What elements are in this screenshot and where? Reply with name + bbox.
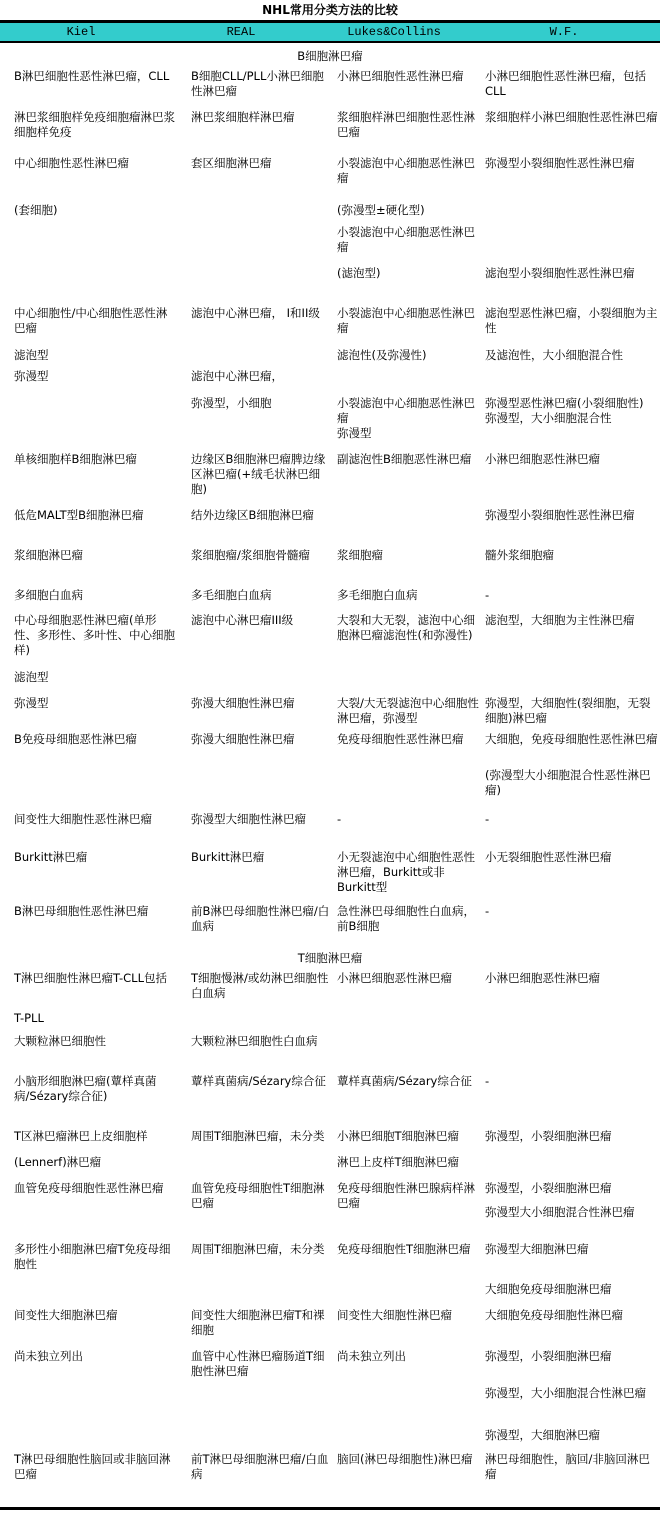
table-cell: 淋巴上皮样T细胞淋巴瘤 — [335, 1155, 483, 1181]
table-row: 滤泡型 — [0, 670, 660, 696]
table-cell: 血管免疫母细胞性T细胞淋巴瘤 — [177, 1181, 335, 1205]
table-cell — [0, 266, 177, 306]
table-cell: 及滤泡性，大小细胞混合性 — [483, 348, 660, 369]
table-cell: 弥漫型，大小细胞混合性淋巴瘤 — [483, 1386, 660, 1428]
table-row: 弥漫型，小细胞小裂滤泡中心细胞恶性淋巴瘤 弥漫型弥漫型恶性淋巴瘤(小裂细胞性) … — [0, 396, 660, 452]
table-cell: 弥漫型，小裂细胞淋巴瘤 — [483, 1181, 660, 1205]
table-cell — [0, 225, 177, 266]
table-cell: 小裂滤泡中心细胞恶性淋巴瘤 — [335, 156, 483, 203]
table-cell: 尚未独立列出 — [0, 1349, 177, 1386]
table-row: 中心母细胞恶性淋巴瘤(单形性、多形性、多叶性、中心细胞样)滤泡中心淋巴瘤III级… — [0, 613, 660, 670]
table-row: T-PLL — [0, 1011, 660, 1034]
table-row: B淋巴细胞性恶性淋巴瘤，CLLB细胞CLL/PLL小淋巴细胞性淋巴瘤小淋巴细胞性… — [0, 69, 660, 110]
table-cell: 急性淋巴母细胞性白血病，前B细胞 — [335, 904, 483, 945]
table-cell — [177, 348, 335, 369]
table-row: 尚未独立列出血管中心性淋巴瘤肠道T细胞性淋巴瘤尚未独立列出弥漫型，小裂细胞淋巴瘤 — [0, 1349, 660, 1386]
table-cell: 小淋巴细胞性恶性淋巴瘤，包括CLL — [483, 69, 660, 110]
table-cell: 免疫母细胞性T细胞淋巴瘤 — [335, 1242, 483, 1282]
table-cell — [177, 225, 335, 266]
table-cell: 弥漫型 — [0, 369, 177, 396]
table-cell — [0, 396, 177, 452]
table-row: 中心细胞性恶性淋巴瘤套区细胞淋巴瘤小裂滤泡中心细胞恶性淋巴瘤弥漫型小裂细胞性恶性… — [0, 156, 660, 203]
table-cell: 大颗粒淋巴细胞性白血病 — [177, 1034, 335, 1074]
table-cell: 血管免疫母细胞性恶性淋巴瘤 — [0, 1181, 177, 1205]
table-cell: 小无裂滤泡中心细胞性恶性淋巴瘤，Burkitt或非Burkitt型 — [335, 850, 483, 904]
table-cell: 弥漫型 — [0, 696, 177, 732]
table-row: 中心细胞性/中心细胞性恶性淋巴瘤滤泡中心淋巴瘤， I和II级小裂滤泡中心细胞恶性… — [0, 306, 660, 348]
table-cell — [335, 508, 483, 548]
table-cell — [177, 1011, 335, 1034]
table-row: 多细胞白血病多毛细胞白血病多毛细胞白血病- — [0, 588, 660, 613]
classification-table: Kiel REAL Lukes&Collins W.F. B细胞淋巴瘤B淋巴细胞… — [0, 20, 660, 1490]
table-cell: B细胞CLL/PLL小淋巴细胞性淋巴瘤 — [177, 69, 335, 110]
table-cell: 滤泡型 — [0, 348, 177, 369]
table-cell: 间变性大细胞淋巴瘤 — [0, 1308, 177, 1349]
table-cell: 大细胞，免疫母细胞性恶性淋巴瘤 — [483, 732, 660, 768]
table-cell — [177, 1155, 335, 1181]
table-cell — [0, 1205, 177, 1242]
table-cell: Burkitt淋巴瘤 — [0, 850, 177, 904]
table-cell — [335, 1428, 483, 1452]
table-cell: 大颗粒淋巴细胞性 — [0, 1034, 177, 1074]
table-cell: 髓外浆细胞瘤 — [483, 548, 660, 588]
table-cell: 滤泡型小裂细胞性恶性淋巴瘤 — [483, 266, 660, 306]
table-cell: (滤泡型) — [335, 266, 483, 306]
table-cell: 弥漫型，大细胞性(裂细胞，无裂细胞)淋巴瘤 — [483, 696, 660, 732]
table-row: 弥漫型，大细胞淋巴瘤 — [0, 1428, 660, 1452]
table-cell: 小淋巴细胞恶性淋巴瘤 — [483, 971, 660, 1011]
table-cell: 低危MALT型B细胞淋巴瘤 — [0, 508, 177, 548]
table-row: 血管免疫母细胞性恶性淋巴瘤血管免疫母细胞性T细胞淋巴瘤免疫母细胞性淋巴腺病样淋巴… — [0, 1181, 660, 1205]
table-cell: 淋巴浆细胞样免疫细胞瘤淋巴浆细胞样免疫 — [0, 110, 177, 156]
table-cell: 小无裂细胞性恶性淋巴瘤 — [483, 850, 660, 904]
table-cell: 弥漫型恶性淋巴瘤(小裂细胞性) 弥漫型，大小细胞混合性 — [483, 396, 660, 452]
table-cell — [177, 1386, 335, 1428]
section-heading: B细胞淋巴瘤 — [0, 43, 660, 69]
table-cell: T淋巴细胞性淋巴瘤T-CLL包括 — [0, 971, 177, 1011]
table-cell: 蕈样真菌病/Sézary综合征 — [177, 1074, 335, 1129]
table-row: (弥漫型大小细胞混合性恶性淋巴瘤) — [0, 768, 660, 812]
table-cell — [483, 670, 660, 696]
table-cell: 小裂滤泡中心细胞恶性淋巴瘤 — [335, 225, 483, 266]
table-cell: 多细胞白血病 — [0, 588, 177, 613]
table-cell: 滤泡型恶性淋巴瘤，小裂细胞为主性 — [483, 306, 660, 348]
table-cell: 大裂和大无裂，滤泡中心细胞淋巴瘤滤泡性(和弥漫性) — [335, 613, 483, 670]
table-cell — [483, 1034, 660, 1074]
table-row: 小裂滤泡中心细胞恶性淋巴瘤 — [0, 225, 660, 266]
table-cell: 弥漫型，小裂细胞淋巴瘤 — [483, 1129, 660, 1155]
table-row: 低危MALT型B细胞淋巴瘤结外边缘区B细胞淋巴瘤弥漫型小裂细胞性恶性淋巴瘤 — [0, 508, 660, 548]
table-cell: 滤泡型 — [0, 670, 177, 696]
table-row: 弥漫型滤泡中心淋巴瘤， — [0, 369, 660, 396]
table-cell: B淋巴细胞性恶性淋巴瘤，CLL — [0, 69, 177, 110]
table-cell: 浆细胞瘤/浆细胞骨髓瘤 — [177, 548, 335, 588]
table-cell: Burkitt淋巴瘤 — [177, 850, 335, 904]
table-cell: 中心细胞性/中心细胞性恶性淋巴瘤 — [0, 306, 177, 348]
table-row: T淋巴细胞性淋巴瘤T-CLL包括T细胞慢淋/或幼淋巴细胞性白血病小淋巴细胞恶性淋… — [0, 971, 660, 1011]
section-heading: T细胞淋巴瘤 — [0, 945, 660, 971]
table-row: 淋巴浆细胞样免疫细胞瘤淋巴浆细胞样免疫淋巴浆细胞样淋巴瘤浆细胞样淋巴细胞性恶性淋… — [0, 110, 660, 156]
table-cell: 小脑形细胞淋巴瘤(蕈样真菌病/Sézary综合征) — [0, 1074, 177, 1129]
table-cell: 多形性小细胞淋巴瘤T免疫母细胞性 — [0, 1242, 177, 1282]
table-cell — [0, 768, 177, 812]
table-cell: 浆细胞瘤 — [335, 548, 483, 588]
table-cell: 中心细胞性恶性淋巴瘤 — [0, 156, 177, 203]
table-row: Burkitt淋巴瘤Burkitt淋巴瘤小无裂滤泡中心细胞性恶性淋巴瘤，Burk… — [0, 850, 660, 904]
table-cell: 滤泡性(及弥漫性) — [335, 348, 483, 369]
table-cell — [0, 1386, 177, 1428]
column-header-wf: W.F. — [468, 23, 660, 41]
table-cell: 单核细胞样B细胞淋巴瘤 — [0, 452, 177, 508]
table-cell: - — [483, 812, 660, 850]
table-cell: 滤泡中心淋巴瘤， I和II级 — [177, 306, 335, 348]
table-row: B免疫母细胞恶性淋巴瘤弥漫大细胞性淋巴瘤免疫母细胞性恶性淋巴瘤大细胞，免疫母细胞… — [0, 732, 660, 768]
table-cell: T-PLL — [0, 1011, 177, 1034]
table-row: T淋巴母细胞性脑回或非脑回淋巴瘤前T淋巴母细胞淋巴瘤/白血病脑回(淋巴母细胞性)… — [0, 1452, 660, 1490]
table-cell: 滤泡中心淋巴瘤III级 — [177, 613, 335, 670]
table-cell — [177, 1282, 335, 1308]
table-row: B淋巴母细胞性恶性淋巴瘤前B淋巴母细胞性淋巴瘤/白血病急性淋巴母细胞性白血病，前… — [0, 904, 660, 945]
table-cell: 小淋巴细胞恶性淋巴瘤 — [335, 971, 483, 1011]
table-cell — [177, 1428, 335, 1452]
table-row: T区淋巴瘤淋巴上皮细胞样周围T细胞淋巴瘤，未分类小淋巴细胞T细胞淋巴瘤弥漫型，小… — [0, 1129, 660, 1155]
table-row: 大颗粒淋巴细胞性大颗粒淋巴细胞性白血病 — [0, 1034, 660, 1074]
table-cell: (弥漫型±硬化型) — [335, 203, 483, 225]
table-row: 间变性大细胞性恶性淋巴瘤弥漫型大细胞性淋巴瘤-- — [0, 812, 660, 850]
table-row: (滤泡型)滤泡型小裂细胞性恶性淋巴瘤 — [0, 266, 660, 306]
table-cell: 弥漫型大小细胞混合性淋巴瘤 — [483, 1205, 660, 1242]
table-cell: 弥漫型大细胞淋巴瘤 — [483, 1242, 660, 1282]
table-row: 弥漫型大小细胞混合性淋巴瘤 — [0, 1205, 660, 1242]
table-cell: 浆细胞样淋巴细胞性恶性淋巴瘤 — [335, 110, 483, 156]
table-cell — [335, 1386, 483, 1428]
table-cell — [335, 369, 483, 396]
table-cell — [177, 203, 335, 225]
table-cell: 副滤泡性B细胞恶性淋巴瘤 — [335, 452, 483, 508]
table-cell: 周围T细胞淋巴瘤，未分类 — [177, 1242, 335, 1282]
table-cell: 弥漫型，大细胞淋巴瘤 — [483, 1428, 660, 1452]
table-cell: 滤泡型，大细胞为主性淋巴瘤 — [483, 613, 660, 670]
table-cell: 免疫母细胞性淋巴腺病样淋巴瘤 — [335, 1181, 483, 1205]
bottom-rule — [0, 1507, 660, 1510]
table-cell: 多毛细胞白血病 — [177, 588, 335, 613]
table-cell: 前T淋巴母细胞淋巴瘤/白血病 — [177, 1452, 335, 1490]
table-cell: 脑回(淋巴母细胞性)淋巴瘤 — [335, 1452, 483, 1490]
table-cell: - — [483, 1074, 660, 1129]
table-cell — [0, 1282, 177, 1308]
table-cell: 大细胞免疫母细胞性淋巴瘤 — [483, 1308, 660, 1349]
table-row: 多形性小细胞淋巴瘤T免疫母细胞性周围T细胞淋巴瘤，未分类免疫母细胞性T细胞淋巴瘤… — [0, 1242, 660, 1282]
table-cell: 尚未独立列出 — [335, 1349, 483, 1386]
table-cell: 浆细胞样小淋巴细胞性恶性淋巴瘤 — [483, 110, 660, 156]
table-row: 大细胞免疫母细胞淋巴瘤 — [0, 1282, 660, 1308]
table-row: 小脑形细胞淋巴瘤(蕈样真菌病/Sézary综合征)蕈样真菌病/Sézary综合征… — [0, 1074, 660, 1129]
table-cell — [483, 369, 660, 396]
table-cell: B免疫母细胞恶性淋巴瘤 — [0, 732, 177, 768]
column-header-lukes-collins: Lukes&Collins — [320, 23, 468, 41]
table-cell — [335, 1011, 483, 1034]
table-cell: 滤泡中心淋巴瘤， — [177, 369, 335, 396]
table-header: Kiel REAL Lukes&Collins W.F. — [0, 20, 660, 43]
table-cell — [335, 670, 483, 696]
table-cell: (弥漫型大小细胞混合性恶性淋巴瘤) — [483, 768, 660, 812]
table-cell: 淋巴母细胞性，脑回/非脑回淋巴瘤 — [483, 1452, 660, 1490]
table-cell: 弥漫型，小裂细胞淋巴瘤 — [483, 1349, 660, 1386]
table-cell: - — [335, 812, 483, 850]
table-cell: 弥漫型小裂细胞性恶性淋巴瘤 — [483, 156, 660, 203]
table-cell — [335, 1282, 483, 1308]
table-cell — [483, 203, 660, 225]
table-cell: 蕈样真菌病/Sézary综合征 — [335, 1074, 483, 1129]
table-row: 弥漫型，大小细胞混合性淋巴瘤 — [0, 1386, 660, 1428]
table-cell: 小裂滤泡中心细胞恶性淋巴瘤 弥漫型 — [335, 396, 483, 452]
table-cell: 弥漫大细胞性淋巴瘤 — [177, 696, 335, 732]
table-cell — [177, 768, 335, 812]
table-cell — [483, 1011, 660, 1034]
table-cell — [335, 768, 483, 812]
table-row: (Lennerf)淋巴瘤淋巴上皮样T细胞淋巴瘤 — [0, 1155, 660, 1181]
table-cell — [335, 1205, 483, 1242]
table-cell — [177, 670, 335, 696]
table-cell — [0, 1428, 177, 1452]
table-cell: 小淋巴细胞恶性淋巴瘤 — [483, 452, 660, 508]
table-cell — [483, 225, 660, 266]
table-cell: 中心母细胞恶性淋巴瘤(单形性、多形性、多叶性、中心细胞样) — [0, 613, 177, 670]
table-row: 浆细胞淋巴瘤浆细胞瘤/浆细胞骨髓瘤浆细胞瘤髓外浆细胞瘤 — [0, 548, 660, 588]
table-cell: 免疫母细胞性恶性淋巴瘤 — [335, 732, 483, 768]
table-cell: 结外边缘区B细胞淋巴瘤 — [177, 508, 335, 548]
table-cell: 小淋巴细胞性恶性淋巴瘤 — [335, 69, 483, 110]
table-title: NHL常用分类方法的比较 — [0, 0, 660, 20]
table-cell: 弥漫大细胞性淋巴瘤 — [177, 732, 335, 768]
table-cell — [335, 1034, 483, 1074]
table-cell: 小淋巴细胞T细胞淋巴瘤 — [335, 1129, 483, 1155]
table-cell: 小裂滤泡中心细胞恶性淋巴瘤 — [335, 306, 483, 348]
table-cell: 多毛细胞白血病 — [335, 588, 483, 613]
table-cell: - — [483, 904, 660, 945]
table-cell: 弥漫型大细胞性淋巴瘤 — [177, 812, 335, 850]
table-cell: 套区细胞淋巴瘤 — [177, 156, 335, 203]
table-row: 弥漫型弥漫大细胞性淋巴瘤大裂/大无裂滤泡中心细胞性淋巴瘤，弥漫型弥漫型，大细胞性… — [0, 696, 660, 732]
table-cell: 间变性大细胞淋巴瘤T和裸细胞 — [177, 1308, 335, 1349]
column-header-real: REAL — [162, 23, 320, 41]
table-cell — [177, 1205, 335, 1242]
table-cell: 浆细胞淋巴瘤 — [0, 548, 177, 588]
table-row: 单核细胞样B细胞淋巴瘤边缘区B细胞淋巴瘤脾边缘区淋巴瘤(+绒毛状淋巴细胞)副滤泡… — [0, 452, 660, 508]
table-cell: B淋巴母细胞性恶性淋巴瘤 — [0, 904, 177, 945]
table-row: 滤泡型滤泡性(及弥漫性)及滤泡性，大小细胞混合性 — [0, 348, 660, 369]
column-header-kiel: Kiel — [0, 23, 162, 41]
table-cell: (Lennerf)淋巴瘤 — [0, 1155, 177, 1181]
table-cell: T区淋巴瘤淋巴上皮细胞样 — [0, 1129, 177, 1155]
table-cell — [483, 1155, 660, 1181]
table-cell: (套细胞) — [0, 203, 177, 225]
table-cell: - — [483, 588, 660, 613]
table-body: B细胞淋巴瘤B淋巴细胞性恶性淋巴瘤，CLLB细胞CLL/PLL小淋巴细胞性淋巴瘤… — [0, 43, 660, 1490]
table-cell: 间变性大细胞性淋巴瘤 — [335, 1308, 483, 1349]
table-cell: T细胞慢淋/或幼淋巴细胞性白血病 — [177, 971, 335, 1011]
table-cell: 大细胞免疫母细胞淋巴瘤 — [483, 1282, 660, 1308]
table-cell: 间变性大细胞性恶性淋巴瘤 — [0, 812, 177, 850]
table-cell: 淋巴浆细胞样淋巴瘤 — [177, 110, 335, 156]
table-cell: 边缘区B细胞淋巴瘤脾边缘区淋巴瘤(+绒毛状淋巴细胞) — [177, 452, 335, 508]
table-cell — [177, 266, 335, 306]
table-cell: 大裂/大无裂滤泡中心细胞性淋巴瘤，弥漫型 — [335, 696, 483, 732]
table-cell: 弥漫型小裂细胞性恶性淋巴瘤 — [483, 508, 660, 548]
table-cell: 周围T细胞淋巴瘤，未分类 — [177, 1129, 335, 1155]
table-cell: T淋巴母细胞性脑回或非脑回淋巴瘤 — [0, 1452, 177, 1490]
table-row: (套细胞)(弥漫型±硬化型) — [0, 203, 660, 225]
table-row: 间变性大细胞淋巴瘤间变性大细胞淋巴瘤T和裸细胞间变性大细胞性淋巴瘤大细胞免疫母细… — [0, 1308, 660, 1349]
table-cell: 前B淋巴母细胞性淋巴瘤/白血病 — [177, 904, 335, 945]
table-cell: 弥漫型，小细胞 — [177, 396, 335, 452]
table-cell: 血管中心性淋巴瘤肠道T细胞性淋巴瘤 — [177, 1349, 335, 1386]
